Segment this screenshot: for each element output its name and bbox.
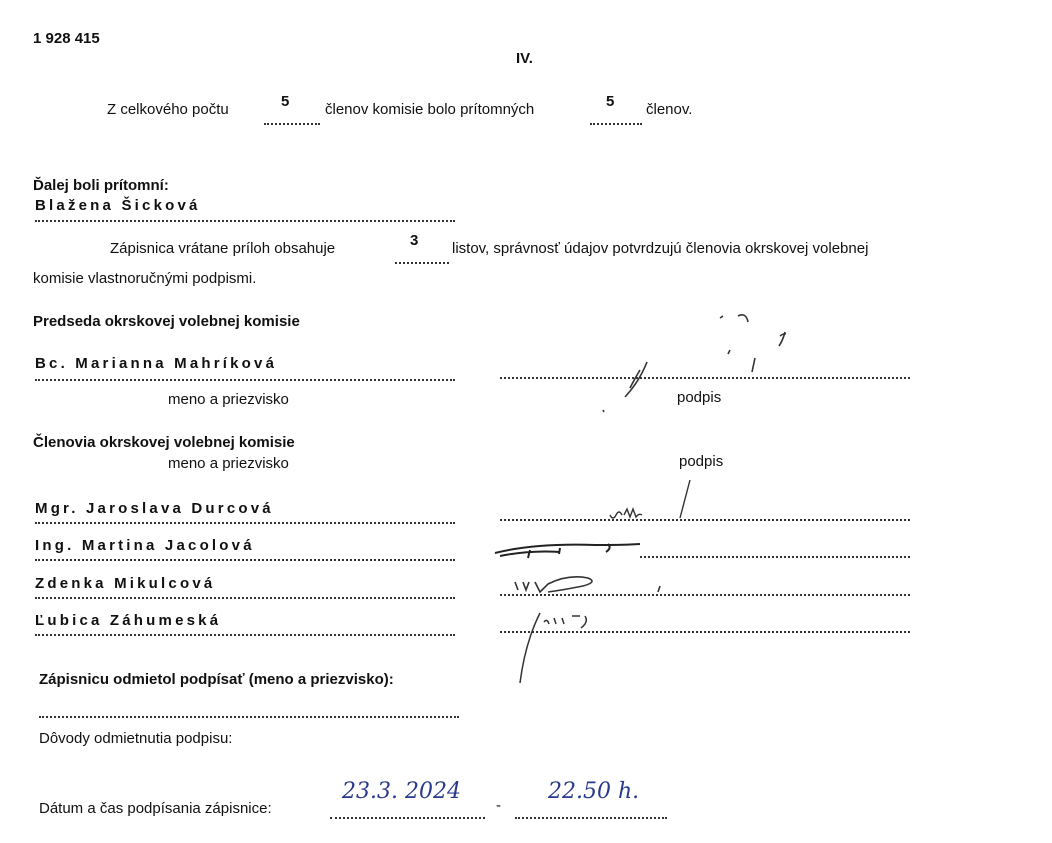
chair-name-caption: meno a priezvisko	[168, 391, 289, 408]
attendance-prefix: Z celkového počtu	[107, 101, 229, 118]
member-name-dots	[35, 559, 455, 561]
chair-heading: Predseda okrskovej volebnej komisie	[33, 313, 300, 330]
member-name: Ľubica Záhumeská	[35, 612, 221, 629]
pages-count-dots	[395, 262, 449, 264]
document-id: 1 928 415	[33, 30, 100, 47]
member-name-dots	[35, 634, 455, 636]
section-number: IV.	[516, 50, 533, 67]
member-signature-line	[640, 556, 910, 558]
pages-line2: komisie vlastnoručnými podpismi.	[33, 270, 256, 287]
member-signature	[510, 608, 650, 683]
member-signature	[490, 538, 650, 563]
present-members-value: 5	[606, 93, 614, 110]
chair-sign-caption: podpis	[677, 389, 721, 406]
members-heading: Členovia okrskovej volebnej komisie	[33, 434, 295, 451]
member-name-dots	[35, 597, 455, 599]
member-name: Mgr. Jaroslava Durcová	[35, 500, 274, 517]
signing-time-line	[515, 817, 667, 819]
chair-name: Bc. Marianna Mahríková	[35, 355, 277, 372]
others-present-name: Blažena Šicková	[35, 197, 201, 214]
signing-label: Dátum a čas podpísania zápisnice:	[39, 800, 272, 817]
member-name: Ing. Martina Jacolová	[35, 537, 255, 554]
signing-date-line	[330, 817, 485, 819]
member-name-dots	[35, 522, 455, 524]
member-signature	[600, 475, 710, 525]
refusal-name-line	[39, 716, 459, 718]
present-members-dots	[590, 123, 642, 125]
pages-count-value: 3	[410, 232, 418, 249]
signing-date-value: 23.3. 2024	[342, 779, 461, 804]
attendance-suffix: členov.	[646, 101, 692, 118]
total-members-value: 5	[281, 93, 289, 110]
attendance-middle: členov komisie bolo prítomných	[325, 101, 534, 118]
pages-suffix: listov, správnosť údajov potvrdzujú člen…	[452, 240, 868, 257]
members-sign-caption: podpis	[679, 453, 723, 470]
signing-time-value: 22.50 h.	[548, 779, 639, 804]
member-signature	[505, 572, 675, 597]
refusal-reasons-label: Dôvody odmietnutia podpisu:	[39, 730, 232, 747]
others-present-label: Ďalej boli prítomní:	[33, 177, 169, 194]
chair-name-dots	[35, 379, 455, 381]
pages-prefix: Zápisnica vrátane príloh obsahuje	[110, 240, 335, 257]
total-members-dots	[264, 123, 320, 125]
signing-separator: -	[496, 797, 501, 814]
others-present-dots	[35, 220, 455, 222]
refusal-heading: Zápisnicu odmietol podpísať (meno a prie…	[39, 671, 394, 688]
member-name: Zdenka Mikulcová	[35, 575, 215, 592]
members-name-caption: meno a priezvisko	[168, 455, 289, 472]
